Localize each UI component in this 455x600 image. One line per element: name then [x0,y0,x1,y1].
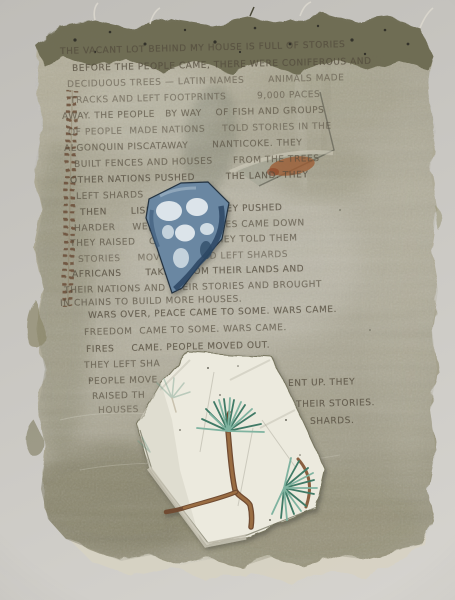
artwork-photo: THE VACANT LOT BEHIND MY HOUSE IS FULL O… [0,0,455,600]
pine-painted-shard [137,352,325,545]
blue-china-shard [146,182,229,293]
shard-layer [0,0,455,600]
